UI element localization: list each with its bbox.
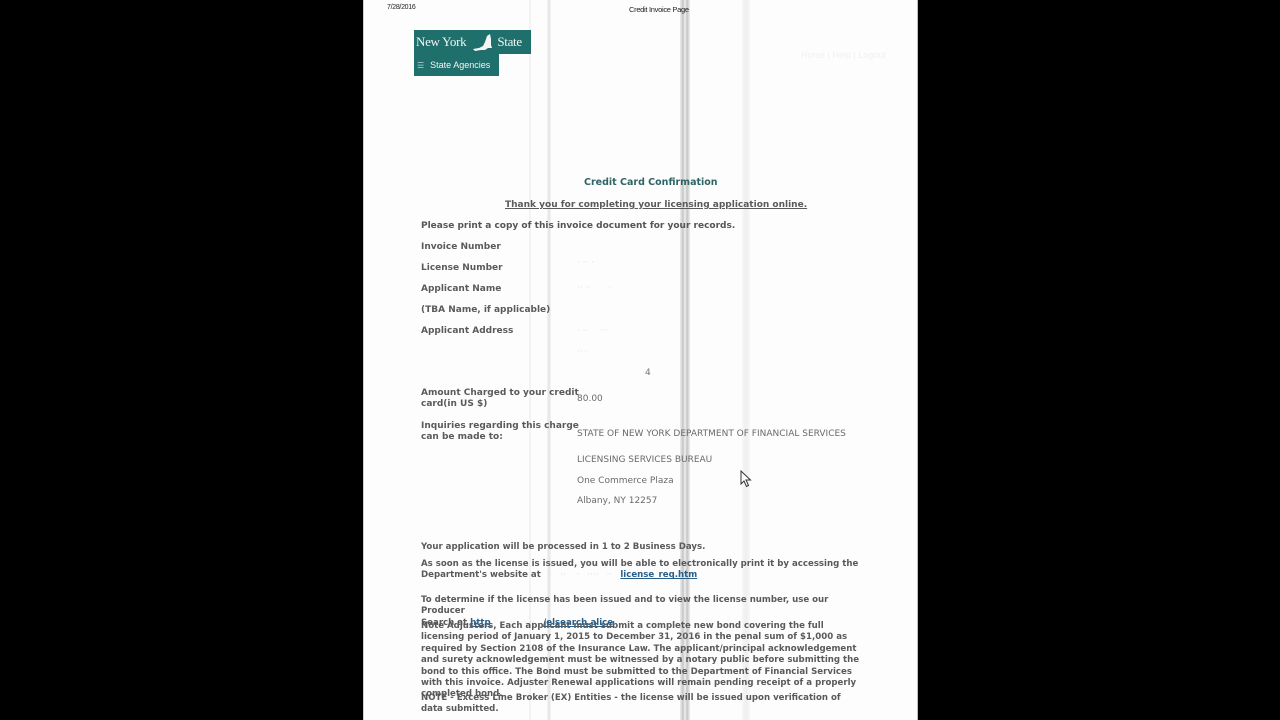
producer-search-line: To determine if the license has been iss… — [421, 595, 861, 618]
invoice-number-label: Invoice Number — [421, 242, 501, 253]
applicant-name-label: Applicant Name — [421, 284, 501, 295]
print-license-note: As soon as the license is issued, you wi… — [421, 559, 861, 582]
mouse-pointer-icon — [740, 470, 752, 488]
state-agencies-button[interactable]: ☰ State Agencies — [414, 54, 499, 76]
amount-label-line: Amount Charged to your credit — [421, 388, 579, 399]
tba-name-label: (TBA Name, if applicable) — [421, 305, 550, 316]
amount-label-line: card(in US $) — [421, 399, 579, 410]
inquiries-label: Inquiries regarding this charge can be m… — [421, 421, 579, 443]
applicant-address-label: Applicant Address — [421, 326, 513, 337]
license-number-label: License Number — [421, 263, 503, 274]
inquiries-label-line: Inquiries regarding this charge — [421, 421, 579, 432]
page-heading: Credit Card Confirmation — [584, 177, 718, 188]
applicant-address-partial: 4 — [645, 368, 651, 378]
license-req-link[interactable]: license_req.htm — [620, 570, 697, 580]
print-date: 7/28/2016 — [387, 4, 415, 11]
processing-note: Your application will be processed in 1 … — [421, 542, 861, 553]
inquiries-address-line-2: LICENSING SERVICES BUREAU — [577, 455, 712, 465]
print-instruction: Please print a copy of this invoice docu… — [421, 221, 735, 231]
applicant-name-redacted: ·· ·· · — [577, 283, 611, 293]
redacted-url: · ·· · ···· ·· — [544, 570, 621, 580]
logo-right-text: State — [497, 34, 522, 50]
top-nav-links[interactable]: Home | Help | Logout — [801, 50, 886, 60]
amount-charged-label: Amount Charged to your credit card(in US… — [421, 388, 579, 410]
amount-charged-value: 80.00 — [577, 394, 603, 404]
inquiries-label-line: can be made to: — [421, 432, 579, 443]
inquiries-address-line-3: One Commerce Plaza — [577, 476, 674, 486]
thank-you-message: Thank you for completing your licensing … — [505, 200, 807, 210]
applicant-address-redacted: · ·· ··· — [577, 326, 608, 336]
excess-line-note: NOTE - Excess Line Broker (EX) Entities … — [421, 693, 861, 716]
print-page-title: Credit Invoice Page — [629, 5, 689, 14]
state-agencies-label: State Agencies — [430, 60, 490, 70]
print-license-line: Department's website at — [421, 570, 541, 580]
print-license-line: As soon as the license is issued, you wi… — [421, 559, 861, 570]
inquiries-address-line-4: Albany, NY 12257 — [577, 496, 657, 506]
scanned-invoice-page: 7/28/2016 Credit Invoice Page New York S… — [363, 0, 918, 720]
license-number-redacted: · ·· · — [577, 258, 594, 268]
new-york-state-outline-icon — [471, 33, 493, 51]
list-icon: ☰ — [417, 61, 424, 70]
adjusters-note: Note Adjusters, Each applicant must subm… — [421, 621, 861, 701]
nys-logo[interactable]: New York State — [414, 30, 531, 54]
inquiries-address-line-1: STATE OF NEW YORK DEPARTMENT OF FINANCIA… — [577, 429, 846, 439]
applicant-city-redacted: ···· — [577, 347, 588, 357]
logo-left-text: New York — [416, 34, 466, 50]
